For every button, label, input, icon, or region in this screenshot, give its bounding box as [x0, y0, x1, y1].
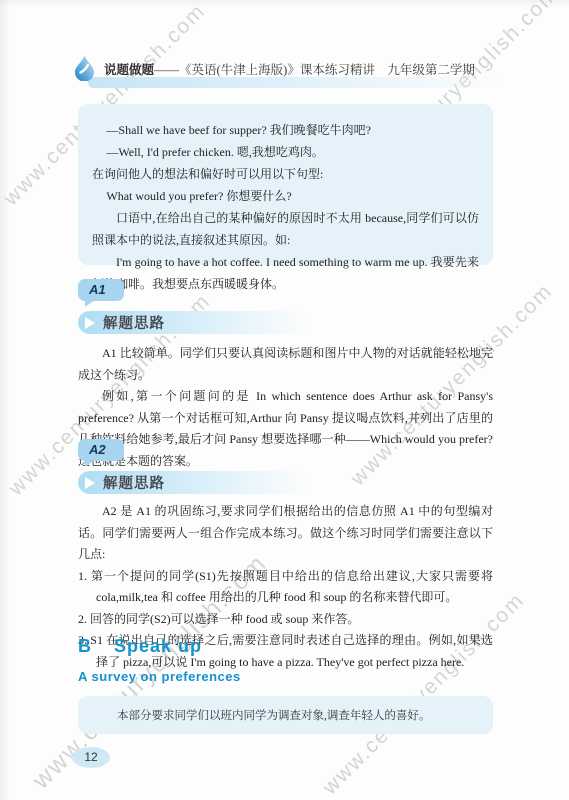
- a1-analysis-text: A1 比较简单。同学们只要认真阅读标题和图片中人物的对话就能轻松地完成这个练习。…: [78, 343, 493, 472]
- example-sentence: What would you prefer? 你想要什么?: [92, 185, 479, 207]
- example-paragraph: I'm going to have a hot coffee. I need s…: [92, 251, 479, 295]
- explanation-line: 在询问他人的想法和偏好时可以用以下句型:: [92, 163, 479, 185]
- header-divider-bar: [88, 77, 508, 88]
- list-item: 2. 回答的同学(S2)可以选择一种 food 或 soup 来作答。: [78, 609, 493, 631]
- badge-a1: A1: [78, 279, 124, 301]
- section-heading-ribbon-a2: 解题思路: [78, 471, 310, 494]
- water-drop-icon: [74, 55, 95, 81]
- paragraph: A1 比较简单。同学们只要认真阅读标题和图片中人物的对话就能轻松地完成这个练习。: [78, 343, 493, 386]
- explanation-paragraph: 口语中,在给出自己的某种偏好的原因时不太用 because,同学们可以仿照课本中…: [92, 207, 479, 251]
- dialogue-line: —Shall we have beef for supper? 我们晚餐吃牛肉吧…: [92, 119, 479, 141]
- header-title: 说题做题——《英语(牛津上海版)》课本练习精讲 九年级第二学期: [104, 60, 475, 78]
- badge-a2: A2: [78, 439, 124, 461]
- section-heading-label: 解题思路: [103, 472, 165, 493]
- arrow-right-icon: [85, 477, 95, 489]
- badge-a2-label: A2: [89, 442, 106, 457]
- textbook-page: www.centuryenglish.com www.centuryenglis…: [0, 0, 569, 800]
- part-b-note-box: 本部分要求同学们以班内同学为调查对象,调查年轻人的喜好。: [78, 696, 493, 734]
- part-b-title: Speak up: [114, 636, 202, 656]
- note-text: 本部分要求同学们以班内同学为调查对象,调查年轻人的喜好。: [94, 707, 477, 723]
- page-number-badge: 12: [72, 747, 110, 768]
- part-b-heading: BSpeak up: [78, 636, 202, 657]
- header-title-rest: ——《英语(牛津上海版)》课本练习精讲 九年级第二学期: [154, 63, 475, 77]
- section-heading-ribbon-a1: 解题思路: [78, 311, 310, 334]
- dialogue-example-box: —Shall we have beef for supper? 我们晚餐吃牛肉吧…: [78, 104, 493, 265]
- part-b-label: B: [78, 636, 92, 656]
- list-item: 1. 第一个提问的同学(S1)先按照题目中给出的信息给出建议,大家只需要将 co…: [78, 566, 493, 609]
- part-b-subtitle: A survey on preferences: [78, 669, 241, 684]
- section-heading-label: 解题思路: [103, 312, 165, 333]
- paragraph: 例如,第一个问题问的是 In which sentence does Arthu…: [78, 386, 493, 472]
- arrow-right-icon: [85, 317, 95, 329]
- header-title-bold: 说题做题: [104, 63, 154, 77]
- badge-a1-label: A1: [89, 282, 106, 297]
- paragraph: A2 是 A1 的巩固练习,要求同学们根据给出的信息仿照 A1 中的句型编对话。…: [78, 501, 493, 566]
- dialogue-line: —Well, I'd prefer chicken. 嗯,我想吃鸡肉。: [92, 141, 479, 163]
